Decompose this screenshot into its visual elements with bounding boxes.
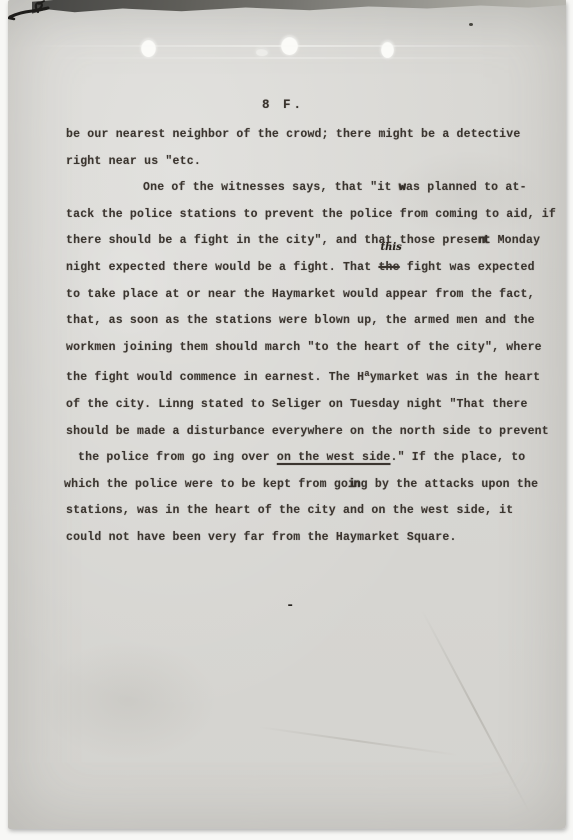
typed-segment: ." If the place, to [390, 451, 525, 464]
torn-top-edge [32, 0, 566, 17]
typed-line: there should be a fight in the city", an… [58, 228, 558, 255]
paper-crease [28, 45, 548, 47]
typed-segment-underline: on the west side [277, 451, 391, 464]
typed-segment: stations, was in the heart of the city a… [66, 504, 513, 517]
typed-segment: be our nearest neighbor of the crowd; th… [66, 128, 520, 141]
punch-hole [381, 41, 394, 58]
typed-line: which the police were to be kept from go… [58, 472, 558, 499]
typed-line: could not have been very far from the Ha… [58, 525, 558, 552]
handwritten-correction: this [380, 243, 401, 253]
typed-segment: tack the police stations to prevent the … [66, 208, 556, 221]
struck-word: thethis [378, 255, 399, 282]
stray-dash-mark: - [286, 598, 294, 614]
typed-segment: fight was expected [400, 261, 535, 274]
paper-crease [48, 57, 528, 59]
typed-line: tack the police stations to prevent the … [58, 202, 558, 229]
typed-segment: the police from go ing over [78, 451, 277, 464]
typed-line: workmen joining them should march "to th… [58, 335, 558, 362]
typed-segment: the fight would commence in earnest. The… [66, 371, 364, 384]
typed-line: One of the witnesses says, that "it was … [58, 175, 558, 202]
punch-hole [141, 39, 156, 57]
typed-line: stations, was in the heart of the city a… [58, 498, 558, 525]
typed-segment-overtype: nt [478, 234, 491, 247]
typed-segment: which the police were to be kept from go [64, 478, 348, 491]
typed-line: right near us "etc. [58, 149, 558, 176]
ink-speck [469, 23, 473, 26]
typed-line: should be made a disturbance everywhere … [58, 419, 558, 446]
typed-segment: of the city. Linng stated to Seliger on … [66, 398, 528, 411]
typed-line: of the city. Linng stated to Seliger on … [58, 392, 558, 419]
page-number: 8 F. [262, 98, 304, 112]
typed-segment: night expected there would be a fight. T… [66, 261, 378, 274]
typed-segment-overtype: in [348, 478, 361, 491]
paper-stain [38, 640, 218, 760]
typed-segment: there should be a fight in the city", an… [66, 234, 478, 247]
typed-segment: ymarket was in the heart [370, 371, 540, 384]
typed-line: the fight would commence in earnest. The… [58, 361, 558, 392]
typed-line: night expected there would be a fight. T… [58, 255, 558, 282]
typed-line: that, as soon as the stations were blown… [58, 308, 558, 335]
typed-segment: One of the witnesses says, that "it [143, 181, 399, 194]
typed-segment: as planned to at- [406, 181, 527, 194]
punch-hole-faint [256, 48, 268, 56]
paper-crease [422, 610, 531, 814]
typed-segment: workmen joining them should march "to th… [66, 341, 542, 354]
typed-line: be our nearest neighbor of the crowd; th… [58, 122, 558, 149]
typed-segment-overtype: w [399, 181, 406, 194]
document-paper: 8 F. be our nearest neighbor of the crow… [8, 0, 566, 829]
typed-segment: g by the attacks upon the [361, 478, 539, 491]
pen-squiggle-mark [8, 0, 56, 22]
typed-segment: Monday [490, 234, 540, 247]
typed-line: to take place at or near the Haymarket w… [58, 282, 558, 309]
typed-segment: that, as soon as the stations were blown… [66, 314, 535, 327]
typed-segment: to take place at or near the Haymarket w… [66, 288, 535, 301]
paper-crease [259, 726, 457, 755]
typed-segment: could not have been very far from the Ha… [66, 531, 457, 544]
typed-text: be our nearest neighbor of the crowd; th… [58, 122, 558, 552]
typed-segment: right near us "etc. [66, 155, 201, 168]
typed-line: the police from go ing over on the west … [58, 445, 558, 472]
scan-background: 8 F. be our nearest neighbor of the crow… [0, 0, 573, 840]
typed-segment: should be made a disturbance everywhere … [66, 425, 549, 438]
